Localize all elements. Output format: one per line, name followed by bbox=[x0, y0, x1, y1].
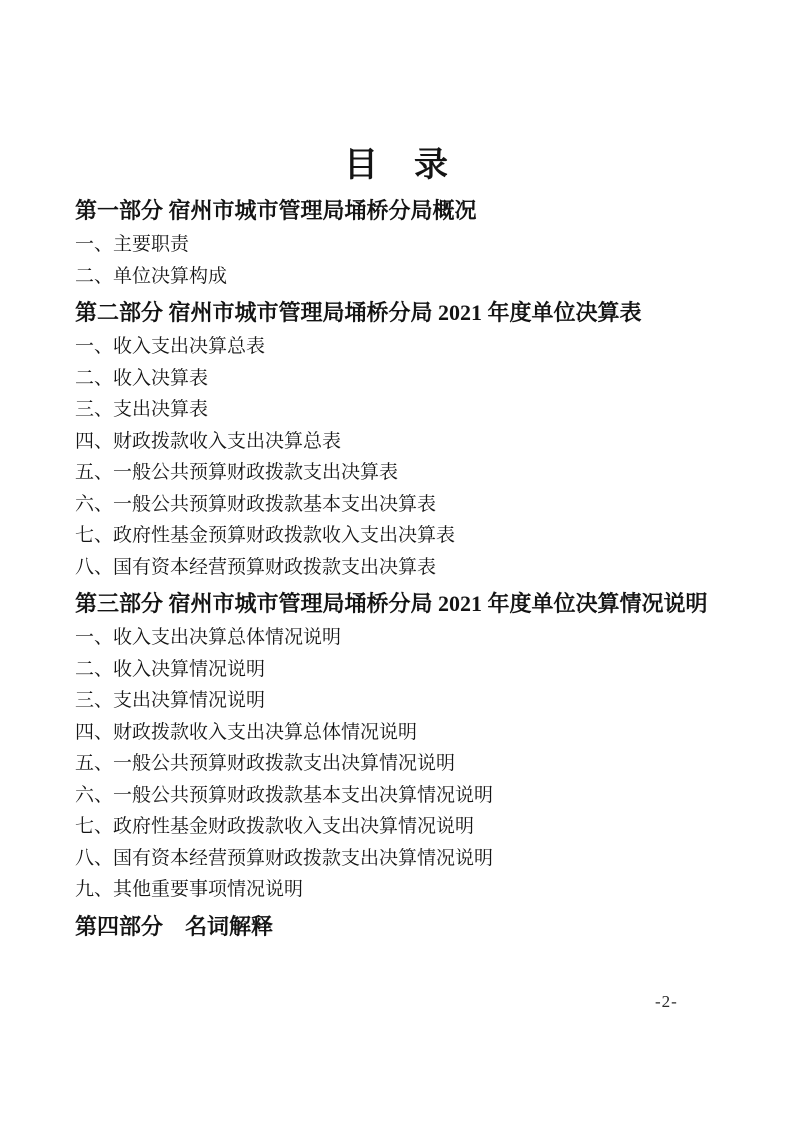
section-heading: 第二部分 宿州市城市管理局埇桥分局 2021 年度单位决算表 bbox=[75, 297, 753, 329]
toc-item: 八、国有资本经营预算财政拨款支出决算表 bbox=[75, 552, 753, 584]
table-of-contents: 第一部分 宿州市城市管理局埇桥分局概况一、主要职责二、单位决算构成第二部分 宿州… bbox=[75, 195, 753, 943]
toc-item: 一、主要职责 bbox=[75, 229, 753, 261]
toc-item: 九、其他重要事项情况说明 bbox=[75, 874, 753, 906]
toc-item: 八、国有资本经营预算财政拨款支出决算情况说明 bbox=[75, 843, 753, 875]
section-heading: 第一部分 宿州市城市管理局埇桥分局概况 bbox=[75, 195, 753, 227]
toc-item: 三、支出决算表 bbox=[75, 394, 753, 426]
toc-item: 六、一般公共预算财政拨款基本支出决算情况说明 bbox=[75, 780, 753, 812]
toc-item: 二、单位决算构成 bbox=[75, 261, 753, 293]
section-heading: 第四部分 名词解释 bbox=[75, 911, 753, 943]
toc-item: 三、支出决算情况说明 bbox=[75, 685, 753, 717]
toc-item: 四、财政拨款收入支出决算总体情况说明 bbox=[75, 717, 753, 749]
toc-item: 四、财政拨款收入支出决算总表 bbox=[75, 426, 753, 458]
toc-item: 二、收入决算情况说明 bbox=[75, 654, 753, 686]
toc-item: 五、一般公共预算财政拨款支出决算情况说明 bbox=[75, 748, 753, 780]
toc-item: 七、政府性基金预算财政拨款收入支出决算表 bbox=[75, 520, 753, 552]
toc-item: 五、一般公共预算财政拨款支出决算表 bbox=[75, 457, 753, 489]
page-title: 目 录 bbox=[0, 149, 793, 183]
page-number: -2- bbox=[655, 992, 678, 1012]
toc-item: 六、一般公共预算财政拨款基本支出决算表 bbox=[75, 489, 753, 521]
toc-item: 二、收入决算表 bbox=[75, 363, 753, 395]
section-heading: 第三部分 宿州市城市管理局埇桥分局 2021 年度单位决算情况说明 bbox=[75, 588, 753, 620]
toc-item: 一、收入支出决算总表 bbox=[75, 331, 753, 363]
document-page: 目 录 第一部分 宿州市城市管理局埇桥分局概况一、主要职责二、单位决算构成第二部… bbox=[0, 0, 793, 1122]
toc-item: 一、收入支出决算总体情况说明 bbox=[75, 622, 753, 654]
toc-item: 七、政府性基金财政拨款收入支出决算情况说明 bbox=[75, 811, 753, 843]
